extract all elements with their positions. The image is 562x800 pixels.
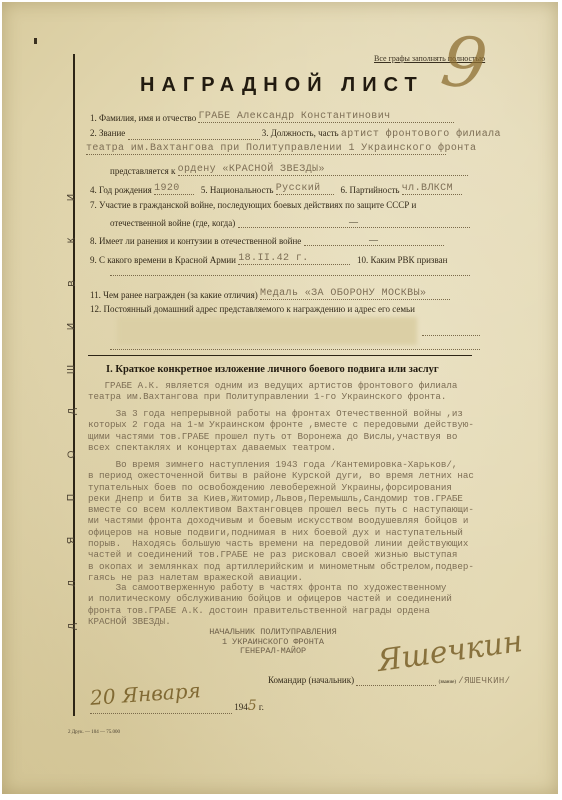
field-home-address: 12. Постоянный домашний адрес представля…: [90, 304, 415, 314]
field-army-since: 9. С какого времени в Красной Армии 18.I…: [90, 252, 447, 265]
section-divider: [88, 355, 472, 356]
field-presented-for: представляется к ордену «КРАСНОЙ ЗВЕЗДЫ»: [110, 163, 468, 176]
binding-label: Д Л Я П О Д Ш И В К И: [62, 172, 82, 672]
handwritten-signature: Яшечкин: [375, 624, 525, 679]
section-heading: I. Краткое конкретное изложение личного …: [106, 364, 439, 375]
commander-line: Командир (начальник) (звание) /ЯШЕЧКИН/: [268, 675, 510, 686]
signer-stamp: НАЧАЛЬНИК ПОЛИТУПРАВЛЕНИЯ 1 УКРАИНСКОГО …: [208, 628, 338, 657]
position-value: артист фронтового филиала: [341, 129, 501, 140]
page-number: 9: [437, 19, 493, 106]
signer-name: /ЯШЕЧКИН/: [458, 676, 510, 686]
date-line: 1945 г.: [90, 698, 264, 714]
field-war-participation: 7. Участие в гражданской войне, последую…: [90, 200, 416, 210]
address-line-1: [422, 326, 480, 336]
full-name-value: ГРАБЕ Александр Константинович: [198, 111, 390, 122]
field-rank-position: 2. Звание 3. Должность, часть артист фро…: [90, 128, 501, 140]
field-birth-nationality-party: 4. Год рождения 1920 5. Национальность Р…: [90, 182, 462, 195]
print-mark: 2 Друк. — 104 — 75.000: [68, 730, 120, 735]
rank-value: [128, 139, 260, 140]
award-value: ордену «КРАСНОЙ ЗВЕЗДЫ»: [178, 164, 325, 175]
award-sheet: Д Л Я П О Д Ш И В К И Все графы заполнят…: [2, 2, 558, 794]
field-position-cont: театра им.Вахтангова при Политуправлении…: [86, 142, 446, 155]
address-line-2: [110, 340, 480, 350]
field-previous-awards: 11. Чем ранее награжден (за какие отличи…: [90, 287, 450, 300]
field-full-name: 1. Фамилия, имя и отчество ГРАБЕ Алексан…: [90, 110, 454, 123]
field-rvk-value: [110, 266, 470, 276]
field-wounds: 8. Имеет ли ранения и контузии в отечест…: [90, 235, 444, 246]
narrative-paragraph-2: За 3 года непрерывной работы на фронтах …: [88, 408, 488, 453]
narrative-paragraph-4: За самоотверженную работу в частях фронт…: [88, 582, 488, 627]
punch-mark: [34, 38, 37, 44]
field-war-participation-cont: отечественной войне (где, когда) —: [110, 217, 470, 228]
narrative-paragraph-3: Во время зимнего наступления 1943 года /…: [88, 459, 488, 583]
document-title: НАГРАДНОЙ ЛИСТ: [140, 74, 424, 97]
narrative-paragraph-1: ГРАБЕ А.К. является одним из ведущих арт…: [88, 380, 488, 403]
